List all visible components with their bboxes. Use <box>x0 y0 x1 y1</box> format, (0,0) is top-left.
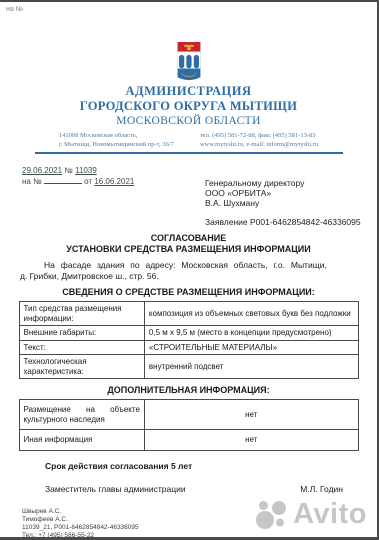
reference-row: 29.06.2021 № 11039 на № от 16.06.2021 Ге… <box>0 165 377 229</box>
table-row: Размещение на объекте культурного наслед… <box>19 400 358 430</box>
table-row: Тип средства размещения информации: комп… <box>19 302 358 326</box>
validity-period: Срок действия согласования 5 лет <box>45 461 377 471</box>
addressee-line3: В.А. Шухману <box>205 198 304 208</box>
from-label: от <box>84 177 92 186</box>
phone-line: тел. (495) 581-72-88, факс (495) 581-13-… <box>200 132 318 141</box>
additional-value: нет <box>144 430 358 451</box>
body-line2: д. Грибки, Дмитровское ш., стр. 56. <box>20 271 358 282</box>
body-line1: На фасаде здания по адресу: Московская о… <box>20 260 358 271</box>
document-title-line1: СОГЛАСОВАНИЕ <box>0 233 377 244</box>
additional-table-title: ДОПОЛНИТЕЛЬНАЯ ИНФОРМАЦИЯ: <box>0 385 377 396</box>
signer-position: Заместитель главы администрации <box>45 484 186 494</box>
document-title: СОГЛАСОВАНИЕ УСТАНОВКИ СРЕДСТВА РАЗМЕЩЕН… <box>0 233 377 255</box>
org-name-line2: ГОРОДСКОГО ОКРУГА МЫТИЩИ <box>0 99 377 114</box>
out-date: 29.06.2021 <box>22 166 62 175</box>
in-ref-line: на № от 16.06.2021 <box>22 176 134 187</box>
org-name-line3: МОСКОВСКОЙ ОБЛАСТИ <box>0 114 377 128</box>
signature-row: Заместитель главы администрации М.Л. Год… <box>45 484 343 494</box>
additional-table: Размещение на объекте культурного наслед… <box>19 399 359 451</box>
info-label: Внешние габариты: <box>19 326 144 341</box>
additional-label: Иная информация <box>19 430 144 451</box>
info-label: Тип средства размещения информации: <box>19 302 144 326</box>
info-value: 0,5 м х 9,5 м (место в концепции предусм… <box>144 326 358 341</box>
info-table: Тип средства размещения информации: комп… <box>19 301 359 379</box>
document-page: на № АДМИНИСТРАЦИЯ ГОРОДСКОГО ОКРУГА МЫТ… <box>0 0 379 540</box>
address-line2: г. Мытищи, Новомытищинский пр-т, 36/7 <box>59 141 174 150</box>
postal-address: 141008 Московская область, г. Мытищи, Но… <box>59 132 174 149</box>
info-value: композиция из объемных световых букв без… <box>144 302 358 326</box>
header-divider <box>35 152 343 154</box>
info-value: внутренний подсвет <box>144 355 358 379</box>
org-name-line1: АДМИНИСТРАЦИЯ <box>0 84 377 99</box>
avito-logo-icon <box>255 497 289 531</box>
corner-ref-label: на № <box>6 6 23 13</box>
org-name: АДМИНИСТРАЦИЯ ГОРОДСКОГО ОКРУГА МЫТИЩИ М… <box>0 84 377 128</box>
table-row: Внешние габариты: 0,5 м х 9,5 м (место в… <box>19 326 358 341</box>
web-line: www.mytyshi.ru, e-mail: inform@mytyshi.r… <box>200 141 318 150</box>
document-title-line2: УСТАНОВКИ СРЕДСТВА РАЗМЕЩЕНИЯ ИНФОРМАЦИИ <box>0 244 377 255</box>
addressee-block: Генеральному директору ООО «ОРБИТА» В.А.… <box>205 178 304 208</box>
executor-phone: Тел.: +7 (495) 586-55-22 <box>22 532 377 540</box>
additional-value: нет <box>144 400 358 430</box>
in-ref-blank <box>44 176 82 184</box>
signer-name: М.Л. Годин <box>300 484 343 494</box>
address-line1: 141008 Московская область, <box>59 132 174 141</box>
info-label: Текст: <box>19 340 144 355</box>
letterhead: АДМИНИСТРАЦИЯ ГОРОДСКОГО ОКРУГА МЫТИЩИ М… <box>0 2 377 154</box>
out-ref-line: 29.06.2021 № 11039 <box>22 165 134 176</box>
coat-of-arms-icon <box>176 42 202 82</box>
application-number: Заявление Р001-6462854842-46336095 <box>205 217 361 227</box>
additional-label: Размещение на объекте культурного наслед… <box>19 400 144 430</box>
table-row: Иная информация нет <box>19 430 358 451</box>
info-value: «СТРОИТЕЛЬНЫЕ МАТЕРИАЛЫ» <box>144 340 358 355</box>
body-paragraph: На фасаде здания по адресу: Московская о… <box>20 260 358 281</box>
addressee-line1: Генеральному директору <box>205 178 304 188</box>
addressee-line2: ООО «ОРБИТА» <box>205 188 304 198</box>
contacts-block: 141008 Московская область, г. Мытищи, Но… <box>0 132 377 149</box>
outgoing-reference: 29.06.2021 № 11039 на № от 16.06.2021 <box>22 165 134 187</box>
in-ref-label: на № <box>22 177 42 186</box>
info-label: Технологическая характеристика: <box>19 355 144 379</box>
avito-wordmark: Avito <box>293 498 367 531</box>
table-row: Технологическая характеристика: внутренн… <box>19 355 358 379</box>
phone-web: тел. (495) 581-72-88, факс (495) 581-13-… <box>200 132 318 149</box>
out-number: 11039 <box>75 166 97 175</box>
number-sign: № <box>64 166 73 175</box>
watermark: Avito <box>255 497 367 531</box>
table-row: Текст: «СТРОИТЕЛЬНЫЕ МАТЕРИАЛЫ» <box>19 340 358 355</box>
in-date: 16.06.2021 <box>94 177 134 186</box>
info-table-title: СВЕДЕНИЯ О СРЕДСТВЕ РАЗМЕЩЕНИЯ ИНФОРМАЦИ… <box>0 287 377 298</box>
